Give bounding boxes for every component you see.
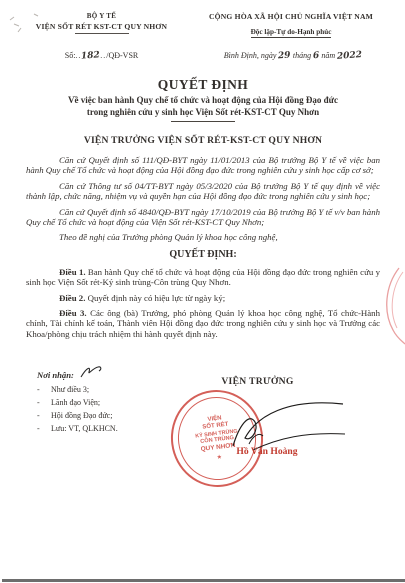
dash: - <box>37 409 51 422</box>
preamble-paragraph: Căn cứ Quyết định số 111/QĐ-BYT ngày 11/… <box>26 155 380 176</box>
preamble-paragraph: Căn cứ Thông tư số 04/TT-BYT ngày 05/3/2… <box>26 181 380 202</box>
parent-ministry-label: BỘ Y TẾ <box>18 12 185 20</box>
recipients-list: -Như điều 3; -Lãnh đạo Viện; -Hội đồng Đ… <box>37 383 118 435</box>
preamble-section: Căn cứ Quyết định số 111/QĐ-BYT ngày 11/… <box>26 155 380 243</box>
motto-line: Độc lập-Tự do-Hạnh phúc <box>251 28 332 38</box>
issuing-org-block: BỘ Y TẾ VIỆN SỐT RÉT KST-CT QUY NHƠN <box>0 12 185 39</box>
article-2-label: Điều 2. <box>59 293 85 303</box>
recipients-heading: Nơi nhận: <box>37 370 118 380</box>
recipients-heading-text: Nơi nhận: <box>37 370 74 380</box>
place-and-date: Bình Định, ngày 29 tháng 6 năm 2022 <box>185 51 405 61</box>
article-1: Điều 1. Ban hành Quy chế tổ chức và hoạt… <box>26 267 380 288</box>
article-2: Điều 2. Quyết định này có hiệu lực từ ng… <box>26 293 380 303</box>
authority-heading: VIỆN TRƯỞNG VIỆN SỐT RÉT-KST-CT QUY NHƠN <box>26 135 380 146</box>
institute-name-label: VIỆN SỐT RÉT KST-CT QUY NHƠN <box>18 22 185 31</box>
signer-name: Hồ Văn Hoàng <box>192 446 342 457</box>
handwritten-doc-number: 182 <box>81 50 100 61</box>
dash: - <box>37 396 51 409</box>
article-2-text: Quyết định này có hiệu lực từ ngày ký; <box>85 293 225 303</box>
date-prefix: Bình Định, ngày <box>224 51 277 60</box>
recipient-text: Hội đồng Đạo đức; <box>51 409 112 422</box>
document-number: Số:..182../QĐ-VSR <box>0 51 185 61</box>
doc-number-prefix: Số: <box>65 51 76 60</box>
handwritten-paraph <box>79 364 105 380</box>
title-separator-rule <box>171 121 235 122</box>
stamp-edge-artifact <box>379 266 405 376</box>
article-1-label: Điều 1. <box>59 267 86 277</box>
subtitle-line-2: trong nghiên cứu y sinh học Viện Sốt rét… <box>26 107 380 119</box>
scanned-decision-document: BỘ Y TẾ VIỆN SỐT RÉT KST-CT QUY NHƠN CỘN… <box>0 0 405 583</box>
handwritten-day: 29 <box>278 51 291 62</box>
document-body: QUYẾT ĐỊNH Về việc ban hành Quy chế tổ c… <box>26 77 380 344</box>
month-label: tháng <box>293 51 311 60</box>
org-underline <box>75 33 129 34</box>
handwritten-month: 6 <box>313 51 320 61</box>
decision-heading: QUYẾT ĐỊNH: <box>26 249 380 260</box>
article-3-label: Điều 3. <box>59 308 87 318</box>
article-3: Điều 3. Các ông (bà) Trưởng, phó phòng Q… <box>26 308 380 339</box>
republic-title: CỘNG HÒA XÃ HỘI CHỦ NGHĨA VIỆT NAM <box>185 12 397 21</box>
recipient-item: -Lãnh đạo Viện; <box>37 396 118 409</box>
recipient-item: -Lưu: VT, QLKHCN. <box>37 422 118 435</box>
preamble-paragraph: Căn cứ Quyết định số 4840/QĐ-BYT ngày 17… <box>26 207 380 228</box>
national-motto-block: CỘNG HÒA XÃ HỘI CHỦ NGHĨA VIỆT NAM Độc l… <box>185 12 405 39</box>
scan-edge-bar <box>2 579 405 582</box>
subtitle-line-1: Về việc ban hành Quy chế tổ chức và hoạt… <box>26 95 380 107</box>
dash: - <box>37 422 51 435</box>
recipient-item: -Hội đồng Đạo đức; <box>37 409 118 422</box>
document-subtitle: Về việc ban hành Quy chế tổ chức và hoạt… <box>26 95 380 118</box>
document-title: QUYẾT ĐỊNH <box>26 77 380 93</box>
doc-number-suffix: /QĐ-VSR <box>106 51 138 60</box>
recipients-block: Nơi nhận: -Như điều 3; -Lãnh đạo Viện; -… <box>37 370 118 435</box>
year-label: năm <box>321 51 335 60</box>
recipient-text: Lưu: VT, QLKHCN. <box>51 422 118 435</box>
recipient-text: Lãnh đạo Viện; <box>51 396 100 409</box>
recipient-item: -Như điều 3; <box>37 383 118 396</box>
signer-title: VIỆN TRƯỞNG <box>185 376 330 387</box>
recipient-text: Như điều 3; <box>51 383 89 396</box>
document-header: BỘ Y TẾ VIỆN SỐT RÉT KST-CT QUY NHƠN CỘN… <box>0 12 405 39</box>
dash: - <box>37 383 51 396</box>
handwritten-year: 2022 <box>337 50 363 62</box>
number-date-row: Số:..182../QĐ-VSR Bình Định, ngày 29 thá… <box>0 51 405 61</box>
preamble-paragraph: Theo đề nghị của Trưởng phòng Quản lý kh… <box>26 232 380 242</box>
